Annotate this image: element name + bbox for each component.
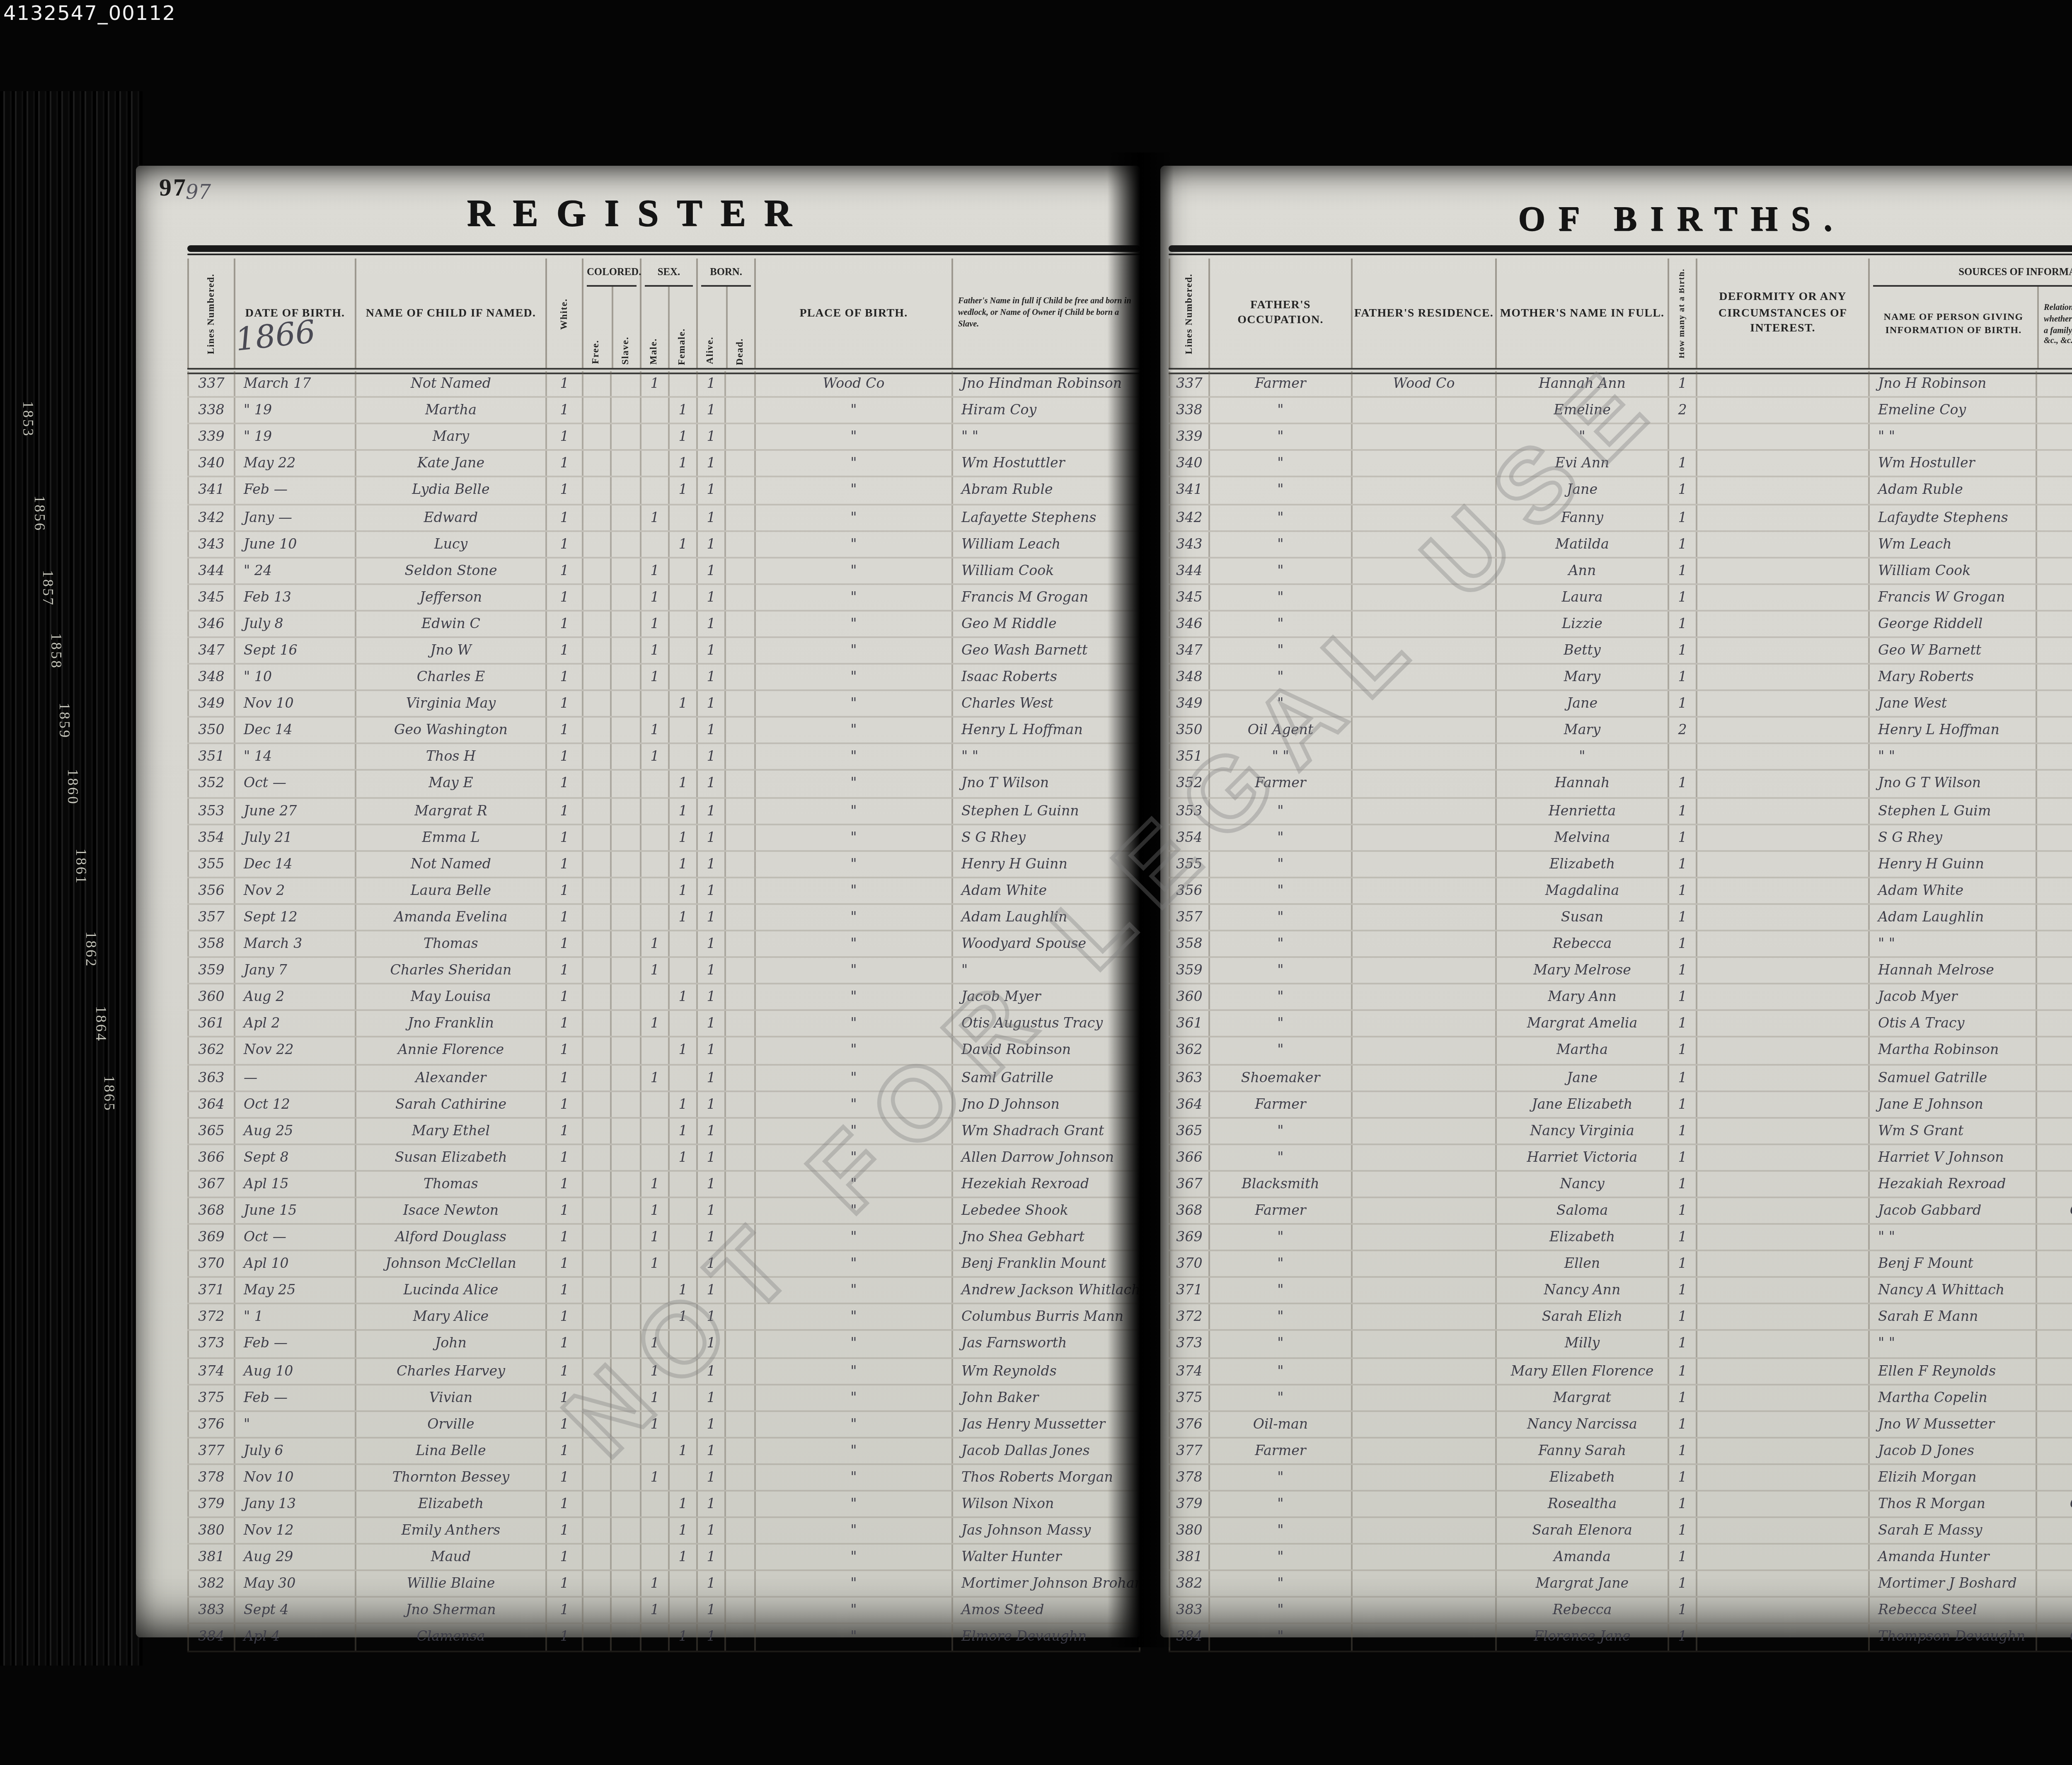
- table-row: 343June 10Lucy111"William Leach: [187, 532, 1140, 558]
- cell-name: Charles Harvey: [356, 1358, 547, 1383]
- cell-deformity: [1697, 1332, 1870, 1356]
- cell-alive: 1: [698, 1145, 726, 1170]
- cell-dead: [726, 1518, 756, 1543]
- table-row: 348" 10Charles E111"Isaac Roberts: [187, 665, 1140, 691]
- cell-name: Orville: [356, 1412, 547, 1436]
- cell-residence: [1353, 931, 1497, 956]
- table-row: 377FarmerFanny Sarah1Jacob D JonesFather: [1169, 1438, 2072, 1465]
- cell-relation: ": [2037, 905, 2072, 930]
- table-row: 369"Elizabeth1" "": [1169, 1225, 2072, 1251]
- cell-white: 1: [547, 425, 583, 450]
- cell-female: 1: [670, 691, 698, 716]
- cell-place: ": [756, 1545, 953, 1570]
- cell-name: Vivian: [356, 1385, 547, 1410]
- cell-relation: ": [2037, 425, 2072, 450]
- cell-free: [583, 958, 612, 983]
- cell-how_many: 1: [1669, 1572, 1697, 1596]
- cell-male: [641, 425, 670, 450]
- cell-relation: ": [2037, 1011, 2072, 1036]
- cell-how_many: 1: [1669, 958, 1697, 983]
- cell-date: Nov 12: [235, 1518, 356, 1543]
- cell-place: ": [756, 1518, 953, 1543]
- cell-dead: [726, 1438, 756, 1463]
- cell-slave: [612, 1545, 641, 1570]
- cell-how_many: 1: [1669, 1518, 1697, 1543]
- cell-residence: [1353, 398, 1497, 423]
- cell-free: [583, 1091, 612, 1116]
- cell-line: 366: [187, 1145, 235, 1170]
- cell-informant: Jno W Mussetter: [1870, 1412, 2037, 1436]
- cell-place: ": [756, 1385, 953, 1410]
- cell-slave: [612, 1198, 641, 1223]
- cell-deformity: [1697, 665, 1870, 689]
- cell-white: 1: [547, 532, 583, 556]
- cell-relation: Father: [2037, 718, 2072, 743]
- cell-white: 1: [547, 1465, 583, 1490]
- cell-slave: [612, 985, 641, 1010]
- cell-male: [641, 1091, 670, 1116]
- table-row: 351" 14Thos H111"" ": [187, 745, 1140, 771]
- cell-line: 341: [187, 478, 235, 503]
- table-row: 341Feb —Lydia Belle111"Abram Ruble: [187, 478, 1140, 505]
- cell-occupation: ": [1210, 1358, 1353, 1383]
- cell-name: Sarah Cathirine: [356, 1091, 547, 1116]
- cell-dead: [726, 771, 756, 796]
- cell-line: 353: [187, 798, 235, 823]
- cell-slave: [612, 798, 641, 823]
- cell-line: 364: [187, 1091, 235, 1116]
- cell-place: Wood Co: [756, 371, 953, 396]
- cell-date: " 24: [235, 558, 356, 583]
- cell-date: Dec 14: [235, 851, 356, 876]
- spine-year-tab: 1865: [101, 1076, 118, 1112]
- cell-how_many: 1: [1669, 665, 1697, 689]
- cell-white: 1: [547, 1518, 583, 1543]
- cell-line: 378: [1169, 1465, 1210, 1490]
- cell-date: June 27: [235, 798, 356, 823]
- cell-white: 1: [547, 1065, 583, 1090]
- cell-line: 375: [187, 1385, 235, 1410]
- table-row: 350Dec 14Geo Washington111"Henry L Hoffm…: [187, 718, 1140, 745]
- cell-date: Feb 13: [235, 585, 356, 609]
- cell-slave: [612, 931, 641, 956]
- col-header-white: White.: [559, 297, 569, 329]
- cell-deformity: [1697, 1545, 1870, 1570]
- cell-mother: Martha: [1497, 1038, 1669, 1063]
- cell-deformity: [1697, 478, 1870, 503]
- cell-date: Apl 10: [235, 1252, 356, 1277]
- cell-relation: Mother: [2037, 665, 2072, 689]
- cell-occupation: ": [1210, 1252, 1353, 1277]
- cell-slave: [612, 878, 641, 903]
- cell-name: Kate Jane: [356, 451, 547, 476]
- cell-line: 381: [1169, 1545, 1210, 1570]
- cell-alive: 1: [698, 1572, 726, 1596]
- cell-female: 1: [670, 1625, 698, 1650]
- cell-informant: " ": [1870, 745, 2037, 770]
- cell-line: 346: [187, 612, 235, 636]
- cell-residence: [1353, 1118, 1497, 1143]
- page-title-register: REGISTER: [467, 192, 810, 235]
- cell-line: 362: [1169, 1038, 1210, 1063]
- cell-date: Nov 10: [235, 1465, 356, 1490]
- cell-white: 1: [547, 931, 583, 956]
- cell-white: 1: [547, 1172, 583, 1197]
- cell-line: 352: [187, 771, 235, 796]
- cell-place: ": [756, 1358, 953, 1383]
- cell-deformity: [1697, 1038, 1870, 1063]
- cell-slave: [612, 1572, 641, 1596]
- cell-residence: [1353, 1091, 1497, 1116]
- cell-relation: Father: [2037, 1252, 2072, 1277]
- cell-occupation: ": [1210, 451, 1353, 476]
- cell-dead: [726, 371, 756, 396]
- cell-alive: 1: [698, 985, 726, 1010]
- col-header-fathers-residence: FATHER'S RESIDENCE.: [1354, 306, 1493, 321]
- col-header-informant-name: NAME OF PERSON GIVING INFORMATION OF BIR…: [1870, 313, 2037, 338]
- cell-dead: [726, 1598, 756, 1623]
- cell-dead: [726, 451, 756, 476]
- cell-occupation: ": [1210, 1278, 1353, 1303]
- cell-male: 1: [641, 612, 670, 636]
- cell-relation: Father: [2037, 1065, 2072, 1090]
- cell-line: 373: [187, 1332, 235, 1356]
- cell-name: Seldon Stone: [356, 558, 547, 583]
- cell-place: ": [756, 638, 953, 663]
- cell-free: [583, 1518, 612, 1543]
- cell-line: 355: [187, 851, 235, 876]
- cell-name: May Louisa: [356, 985, 547, 1010]
- cell-date: Oct —: [235, 1225, 356, 1250]
- cell-name: Johnson McClellan: [356, 1252, 547, 1277]
- cell-informant: Mortimer J Boshard: [1870, 1572, 2037, 1596]
- cell-line: 338: [187, 398, 235, 423]
- cell-relation: ": [2037, 1225, 2072, 1250]
- cell-line: 377: [187, 1438, 235, 1463]
- cell-deformity: [1697, 1198, 1870, 1223]
- cell-how_many: 1: [1669, 1625, 1697, 1650]
- cell-date: Aug 29: [235, 1545, 356, 1570]
- cell-line: 340: [187, 451, 235, 476]
- cell-dead: [726, 1492, 756, 1516]
- cell-relation: ": [2037, 585, 2072, 609]
- cell-line: 379: [187, 1492, 235, 1516]
- cell-name: Emily Anthers: [356, 1518, 547, 1543]
- cell-how_many: 1: [1669, 1118, 1697, 1143]
- col-header-date-of-birth: DATE OF BIRTH.: [245, 306, 345, 321]
- cell-name: Jno W: [356, 638, 547, 663]
- cell-how_many: 1: [1669, 478, 1697, 503]
- cell-occupation: Farmer: [1210, 1198, 1353, 1223]
- cell-free: [583, 478, 612, 503]
- cell-free: [583, 532, 612, 556]
- cell-residence: [1353, 771, 1497, 796]
- table-row: 379Jany 13Elizabeth111"Wilson Nixon: [187, 1492, 1140, 1518]
- table-row: 376Oil-manNancy Narcissa1Jno W Mussetter…: [1169, 1412, 2072, 1438]
- table-row: 361"Margrat Amelia1Otis A Tracy": [1169, 1011, 2072, 1038]
- cell-male: [641, 532, 670, 556]
- cell-male: 1: [641, 505, 670, 529]
- table-row: 347Sept 16Jno W111"Geo Wash Barnett: [187, 638, 1140, 665]
- cell-deformity: [1697, 1172, 1870, 1197]
- cell-date: July 6: [235, 1438, 356, 1463]
- cell-relation: Grand-father: [2037, 1492, 2072, 1516]
- cell-date: Apl 2: [235, 1011, 356, 1036]
- cell-line: 377: [1169, 1438, 1210, 1463]
- cell-relation: Father: [2037, 1572, 2072, 1596]
- cell-alive: 1: [698, 1065, 726, 1090]
- col-header-lines-numbered: Lines Numbered.: [206, 273, 216, 354]
- cell-white: 1: [547, 851, 583, 876]
- cell-informant: Sarah E Mann: [1870, 1305, 2037, 1330]
- cell-line: 367: [1169, 1172, 1210, 1197]
- cell-free: [583, 451, 612, 476]
- table-row: 346July 8Edwin C111"Geo M Riddle: [187, 612, 1140, 638]
- cell-deformity: [1697, 718, 1870, 743]
- cell-name: Lina Belle: [356, 1438, 547, 1463]
- cell-alive: 1: [698, 505, 726, 529]
- cell-alive: 1: [698, 1598, 726, 1623]
- cell-informant: Elizih Morgan: [1870, 1465, 2037, 1490]
- cell-date: Feb —: [235, 478, 356, 503]
- col-header-informant-relation: Relation of Informant to Person born, wh…: [2039, 300, 2072, 352]
- cell-line: 351: [187, 745, 235, 770]
- cell-relation: ": [2037, 478, 2072, 503]
- cell-deformity: [1697, 1091, 1870, 1116]
- col-header-female: Female.: [678, 328, 688, 365]
- cell-deformity: [1697, 1412, 1870, 1436]
- cell-residence: [1353, 1545, 1497, 1570]
- table-row: 380Nov 12Emily Anthers111"Jas Johnson Ma…: [187, 1518, 1140, 1545]
- table-row: 366Sept 8Susan Elizabeth111"Allen Darrow…: [187, 1145, 1140, 1171]
- cell-line: 341: [1169, 478, 1210, 503]
- table-row: 357"Susan1Adam Laughlin": [1169, 905, 2072, 931]
- cell-how_many: 1: [1669, 1225, 1697, 1250]
- cell-male: 1: [641, 1465, 670, 1490]
- cell-deformity: [1697, 371, 1870, 396]
- cell-white: 1: [547, 905, 583, 930]
- cell-relation: ": [2037, 825, 2072, 850]
- table-row: 342"Fanny1Lafaydte Stephens": [1169, 505, 2072, 531]
- col-header-place-of-birth: PLACE OF BIRTH.: [799, 306, 908, 321]
- col-header-slave: Slave.: [621, 336, 631, 365]
- cell-white: 1: [547, 1038, 583, 1063]
- rule: [1169, 253, 2072, 256]
- cell-line: 372: [1169, 1305, 1210, 1330]
- cell-name: Alford Douglass: [356, 1225, 547, 1250]
- cell-occupation: Farmer: [1210, 371, 1353, 396]
- cell-occupation: ": [1210, 1492, 1353, 1516]
- cell-free: [583, 931, 612, 956]
- cell-relation: Father: [2037, 1412, 2072, 1436]
- cell-deformity: [1697, 1358, 1870, 1383]
- table-row: 383"Rebecca1Rebecca SteelMother: [1169, 1598, 2072, 1625]
- cell-mother: Ellen: [1497, 1252, 1669, 1277]
- table-row: 375"Margrat1Martha CopelinFrind: [1169, 1385, 2072, 1412]
- cell-mother: Lizzie: [1497, 612, 1669, 636]
- cell-place: ": [756, 745, 953, 770]
- cell-how_many: 1: [1669, 451, 1697, 476]
- cell-free: [583, 398, 612, 423]
- cell-mother: Mary Melrose: [1497, 958, 1669, 983]
- cell-line: 361: [187, 1011, 235, 1036]
- cell-how_many: 1: [1669, 558, 1697, 583]
- cell-place: ": [756, 1572, 953, 1596]
- cell-date: Feb —: [235, 1332, 356, 1356]
- cell-line: 368: [1169, 1198, 1210, 1223]
- cell-residence: [1353, 1145, 1497, 1170]
- cell-male: [641, 878, 670, 903]
- cell-name: Isace Newton: [356, 1198, 547, 1223]
- cell-date: Aug 10: [235, 1358, 356, 1383]
- cell-free: [583, 665, 612, 689]
- cell-line: 363: [1169, 1065, 1210, 1090]
- cell-date: Aug 25: [235, 1118, 356, 1143]
- cell-slave: [612, 585, 641, 609]
- table-row: 355"Elizabeth1Henry H Guinn": [1169, 851, 2072, 878]
- cell-how_many: 1: [1669, 1305, 1697, 1330]
- cell-dead: [726, 878, 756, 903]
- cell-line: 343: [187, 532, 235, 556]
- cell-informant: Jacob D Jones: [1870, 1438, 2037, 1463]
- cell-free: [583, 505, 612, 529]
- table-row: 370"Ellen1Benj F MountFather: [1169, 1252, 2072, 1278]
- cell-line: 339: [187, 425, 235, 450]
- cell-mother: Mary: [1497, 718, 1669, 743]
- cell-line: 366: [1169, 1145, 1210, 1170]
- cell-line: 337: [1169, 371, 1210, 396]
- cell-mother: Mary Ann: [1497, 985, 1669, 1010]
- cell-slave: [612, 1518, 641, 1543]
- cell-relation: ": [2037, 851, 2072, 876]
- cell-name: Jefferson: [356, 585, 547, 609]
- cell-dead: [726, 585, 756, 609]
- cell-name: Alexander: [356, 1065, 547, 1090]
- spine-year-tab: 1861: [73, 849, 90, 885]
- cell-occupation: ": [1210, 878, 1353, 903]
- cell-female: [670, 612, 698, 636]
- cell-relation: ": [2037, 878, 2072, 903]
- cell-date: Aug 2: [235, 985, 356, 1010]
- cell-male: [641, 771, 670, 796]
- cell-deformity: [1697, 1492, 1870, 1516]
- cell-slave: [612, 1492, 641, 1516]
- cell-how_many: 1: [1669, 878, 1697, 903]
- cell-line: 347: [1169, 638, 1210, 663]
- left-table-header: Lines Numbered. DATE OF BIRTH. NAME OF C…: [187, 259, 1140, 370]
- rule: [187, 245, 1140, 251]
- cell-female: [670, 558, 698, 583]
- cell-date: Apl 4: [235, 1625, 356, 1650]
- cell-deformity: [1697, 398, 1870, 423]
- cell-female: 1: [670, 532, 698, 556]
- cell-occupation: ": [1210, 585, 1353, 609]
- page-number-left-handwritten: 97: [186, 181, 211, 204]
- cell-dead: [726, 1412, 756, 1436]
- cell-how_many: 1: [1669, 1172, 1697, 1197]
- table-row: 344" 24Seldon Stone111"William Cook: [187, 558, 1140, 585]
- cell-line: 360: [1169, 985, 1210, 1010]
- cell-informant: Jno G T Wilson: [1870, 771, 2037, 796]
- cell-informant: Hannah Melrose: [1870, 958, 2037, 983]
- table-row: 357Sept 12Amanda Evelina111"Adam Laughli…: [187, 905, 1140, 931]
- cell-female: 1: [670, 1438, 698, 1463]
- cell-residence: [1353, 1358, 1497, 1383]
- cell-date: June 15: [235, 1198, 356, 1223]
- cell-name: John: [356, 1332, 547, 1356]
- cell-residence: Wood Co: [1353, 371, 1497, 396]
- cell-informant: " ": [1870, 931, 2037, 956]
- cell-residence: [1353, 1332, 1497, 1356]
- cell-informant: Nancy A Whittach: [1870, 1278, 2037, 1303]
- cell-line: 337: [187, 371, 235, 396]
- cell-how_many: 1: [1669, 1358, 1697, 1383]
- cell-white: 1: [547, 1118, 583, 1143]
- cell-line: 339: [1169, 425, 1210, 450]
- cell-line: 371: [187, 1278, 235, 1303]
- cell-white: 1: [547, 1625, 583, 1650]
- cell-place: ": [756, 718, 953, 743]
- cell-alive: 1: [698, 425, 726, 450]
- cell-occupation: ": [1210, 1305, 1353, 1330]
- cell-date: Jany 7: [235, 958, 356, 983]
- cell-line: 382: [1169, 1572, 1210, 1596]
- cell-residence: [1353, 878, 1497, 903]
- cell-dead: [726, 558, 756, 583]
- cell-how_many: 1: [1669, 585, 1697, 609]
- cell-date: July 8: [235, 612, 356, 636]
- cell-relation: Mother: [2037, 1145, 2072, 1170]
- cell-slave: [612, 745, 641, 770]
- cell-female: [670, 1172, 698, 1197]
- cell-place: ": [756, 505, 953, 529]
- table-row: 358"Rebecca1" "": [1169, 931, 2072, 958]
- cell-mother: Nancy: [1497, 1172, 1669, 1197]
- cell-how_many: 1: [1669, 1412, 1697, 1436]
- cell-male: 1: [641, 1011, 670, 1036]
- cell-alive: 1: [698, 585, 726, 609]
- col-header-fathers-occupation: FATHER'S OCCUPATION.: [1210, 298, 1351, 329]
- cell-place: ": [756, 478, 953, 503]
- cell-name: Charles E: [356, 665, 547, 689]
- cell-female: [670, 1198, 698, 1223]
- cell-white: 1: [547, 1572, 583, 1596]
- cell-white: 1: [547, 771, 583, 796]
- cell-free: [583, 1465, 612, 1490]
- cell-male: [641, 798, 670, 823]
- cell-deformity: [1697, 985, 1870, 1010]
- cell-name: Margrat R: [356, 798, 547, 823]
- cell-occupation: ": [1210, 478, 1353, 503]
- cell-slave: [612, 478, 641, 503]
- cell-mother: Sarah Elizh: [1497, 1305, 1669, 1330]
- cell-free: [583, 691, 612, 716]
- cell-how_many: 1: [1669, 1492, 1697, 1516]
- cell-relation: Father: [2037, 1438, 2072, 1463]
- cell-alive: 1: [698, 1492, 726, 1516]
- table-row: 373"Milly1" "Frind: [1169, 1332, 2072, 1358]
- cell-alive: 1: [698, 958, 726, 983]
- cell-line: 358: [1169, 931, 1210, 956]
- cell-residence: [1353, 1065, 1497, 1090]
- cell-line: 348: [187, 665, 235, 689]
- cell-alive: 1: [698, 478, 726, 503]
- cell-deformity: [1697, 1305, 1870, 1330]
- cell-white: 1: [547, 1252, 583, 1277]
- cell-place: ": [756, 612, 953, 636]
- cell-line: 346: [1169, 612, 1210, 636]
- cell-dead: [726, 1091, 756, 1116]
